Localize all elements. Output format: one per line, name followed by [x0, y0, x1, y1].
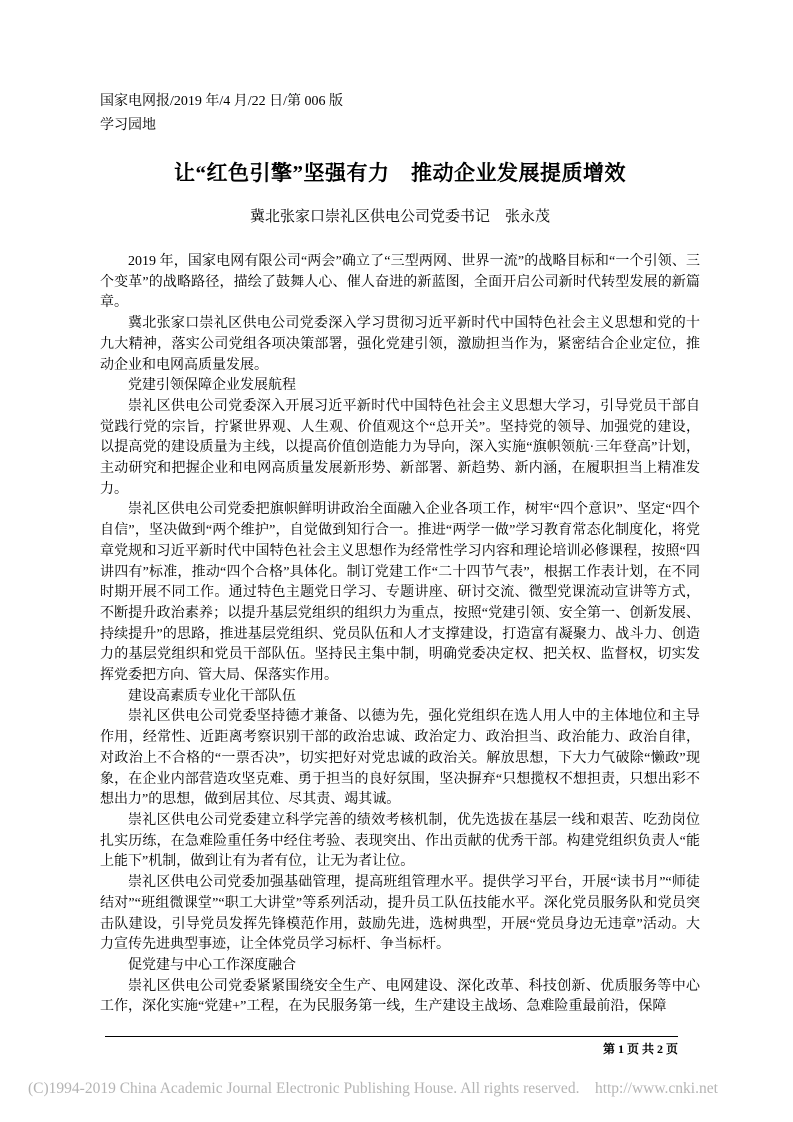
article-paragraph: 崇礼区供电公司党委建立科学完善的绩效考核机制，优先选拔在基层一线和艰苦、吃劲岗位… — [100, 811, 700, 873]
page-content: 国家电网报/2019 年/4 月/22 日/第 006 版 学习园地 让“红色引… — [100, 90, 700, 1018]
publication-source-line: 国家电网报/2019 年/4 月/22 日/第 006 版 — [100, 90, 700, 114]
page-indicator: 第 1 页 共 2 页 — [105, 1041, 678, 1057]
section-heading: 党建引领保障企业发展航程 — [100, 376, 700, 397]
article-paragraph: 崇礼区供电公司党委紧紧围绕安全生产、电网建设、深化改革、科技创新、优质服务等中心… — [100, 977, 700, 1018]
article-paragraph: 崇礼区供电公司党委坚持德才兼备、以德为先，强化党组织在选人用人中的主体地位和主导… — [100, 707, 700, 811]
article-paragraph: 2019 年，国家电网有限公司“两会”确立了“三型两网、世界一流”的战略目标和“… — [100, 252, 700, 314]
article-paragraph: 崇礼区供电公司党委深入开展习近平新时代中国特色社会主义思想大学习，引导党员干部自… — [100, 397, 700, 501]
copyright-notice: (C)1994-2019 China Academic Journal Elec… — [28, 1079, 718, 1099]
article-paragraph: 崇礼区供电公司党委加强基础管理，提高班组管理水平。提供学习平台，开展“读书月”“… — [100, 873, 700, 956]
article-paragraph: 冀北张家口崇礼区供电公司党委深入学习贯彻习近平新时代中国特色社会主义思想和党的十… — [100, 314, 700, 376]
footer-divider — [105, 1036, 678, 1037]
article-title: 让“红色引擎”坚强有力 推动企业发展提质增效 — [100, 158, 700, 188]
article-paragraph: 崇礼区供电公司党委把旗帜鲜明讲政治全面融入企业各项工作，树牢“四个意识”、坚定“… — [100, 500, 700, 686]
article-byline: 冀北张家口崇礼区供电公司党委书记 张永茂 — [100, 206, 700, 228]
publication-column-name: 学习园地 — [100, 114, 700, 138]
document-page: 国家电网报/2019 年/4 月/22 日/第 006 版 学习园地 让“红色引… — [0, 0, 793, 1122]
section-heading: 促党建与中心工作深度融合 — [100, 956, 700, 977]
publication-info: 国家电网报/2019 年/4 月/22 日/第 006 版 学习园地 — [100, 90, 700, 138]
section-heading: 建设高素质专业化干部队伍 — [100, 687, 700, 708]
article-body: 2019 年，国家电网有限公司“两会”确立了“三型两网、世界一流”的战略目标和“… — [100, 252, 700, 1018]
